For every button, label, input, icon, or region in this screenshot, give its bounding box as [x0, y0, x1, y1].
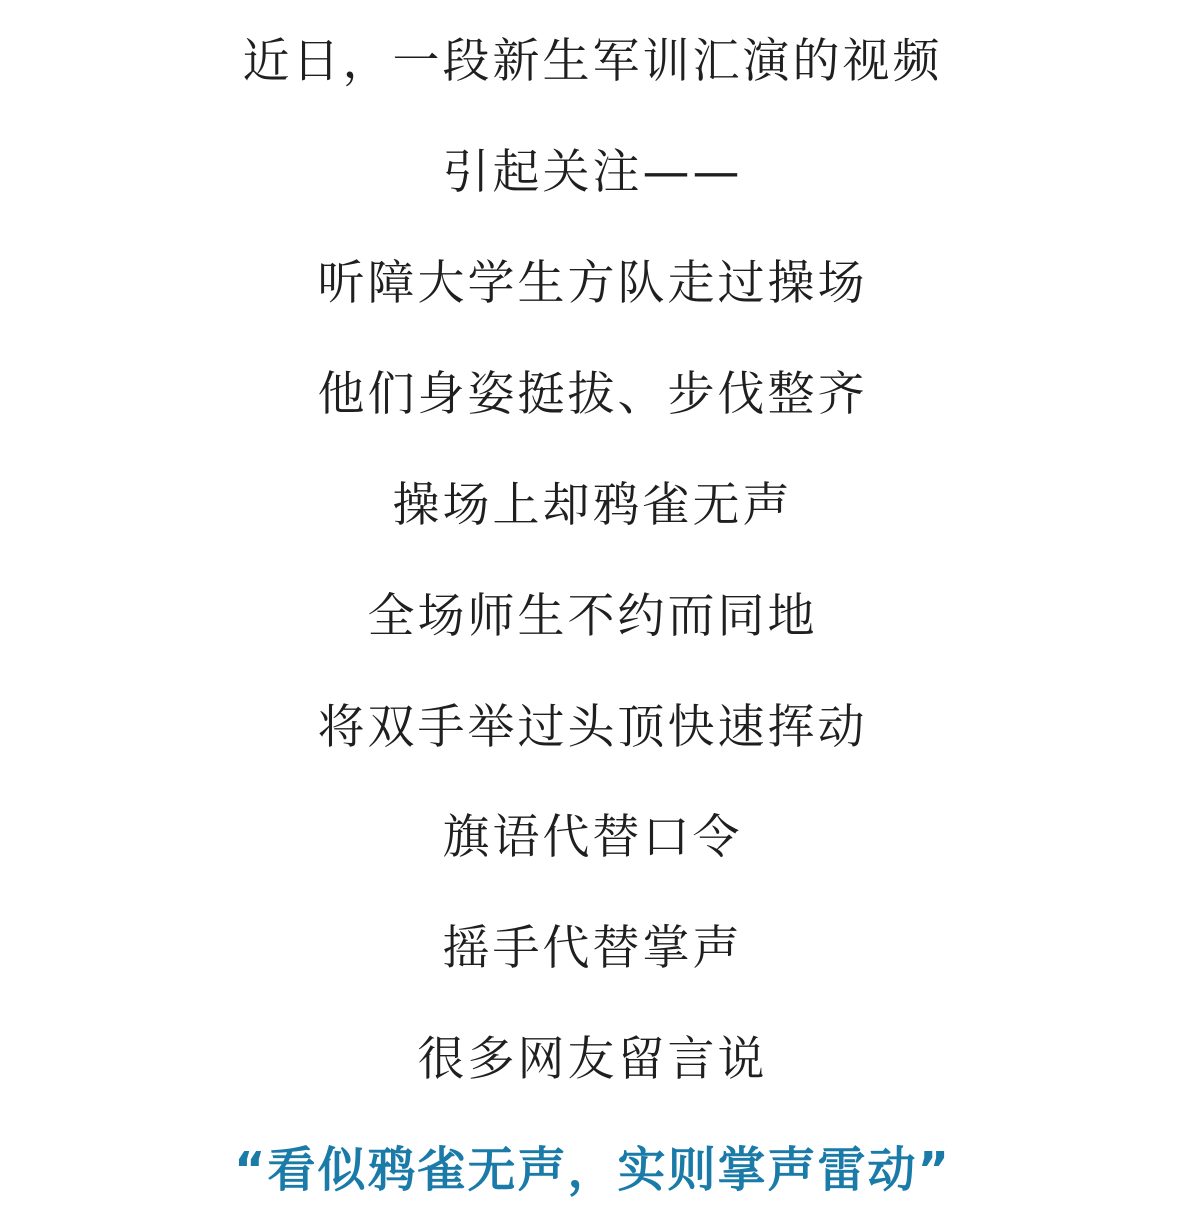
- text-line: 很多网友留言说: [0, 1030, 1185, 1090]
- text-line: 引起关注——: [0, 143, 1185, 203]
- text-line: 他们身姿挺拔、步伐整齐: [0, 365, 1185, 425]
- text-line: 听障大学生方队走过操场: [0, 254, 1185, 314]
- text-line: 摇手代替掌声: [0, 919, 1185, 979]
- text-line: 操场上却鸦雀无声: [0, 476, 1185, 536]
- text-line: 全场师生不约而同地: [0, 587, 1185, 647]
- text-line: 近日，一段新生军训汇演的视频: [0, 32, 1185, 92]
- text-line: 旗语代替口令: [0, 808, 1185, 868]
- highlight-quote: “看似鸦雀无声，实则掌声雷动”: [0, 1140, 1185, 1200]
- text-line: 将双手举过头顶快速挥动: [0, 698, 1185, 758]
